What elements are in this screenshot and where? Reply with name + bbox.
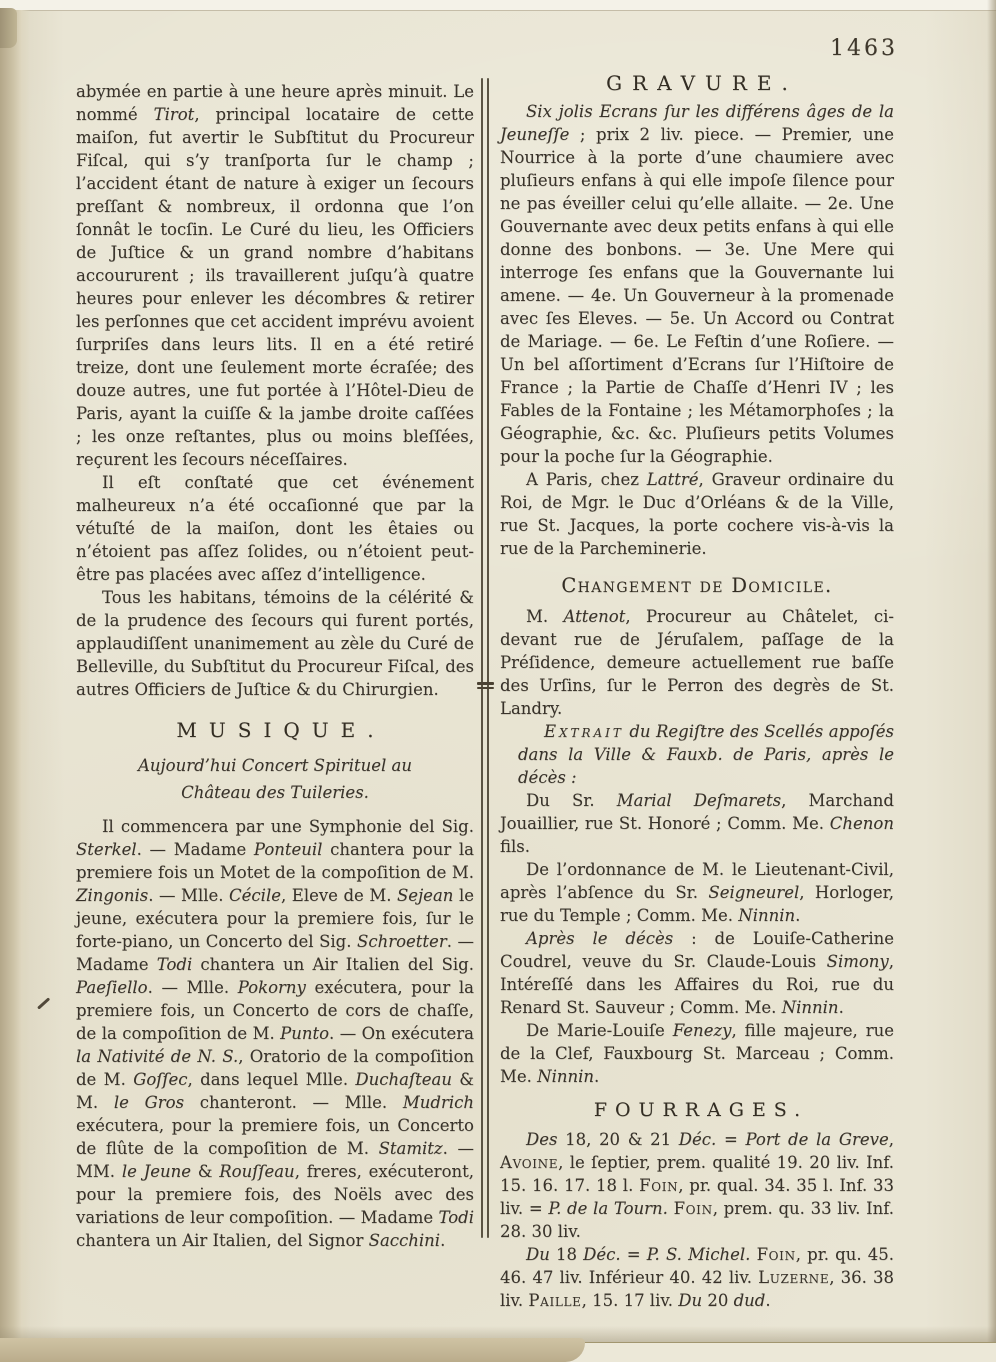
extrait-item: De Marie-Louiſe Fenezy, fille majeure, r…: [500, 1019, 894, 1088]
page-right-edge: [987, 0, 996, 1362]
extrait-section: Extrait du Regiſtre des Scellés appoſés …: [500, 720, 894, 1088]
musique-subtitle: Aujourd’hui Concert Spirituel au Château…: [76, 752, 474, 806]
musique-heading: MUSIQUE.: [76, 719, 474, 742]
left-binding-edge: [0, 10, 30, 1340]
extrait-intro: Extrait du Regiſtre des Scellés appoſés …: [500, 720, 894, 789]
gravure-section: GRAVURE. Six jolis Ecrans ſur les différ…: [500, 72, 894, 560]
gravure-paragraph: Six jolis Ecrans ſur les différens âges …: [500, 100, 894, 468]
margin-ink-mark: [37, 997, 50, 1009]
concert-program-paragraph: Il commencera par une Symphonie del Sig.…: [76, 815, 474, 1252]
domicile-section: Changement de Domicile. M. Attenot, Proc…: [500, 574, 894, 720]
binding-tab: [0, 8, 17, 48]
left-column: abymée en partie à une heure après minui…: [76, 80, 474, 1252]
extrait-item: De l’ordonnance de M. le Lieutenant-Civi…: [500, 858, 894, 927]
page-bottom-curl: [0, 1338, 585, 1362]
accident-paragraph: abymée en partie à une heure après minui…: [76, 80, 474, 471]
domicile-heading: Changement de Domicile.: [500, 574, 894, 597]
right-column: GRAVURE. Six jolis Ecrans ſur les différ…: [500, 72, 894, 1312]
fourrages-paragraph: Du 18 Déc. = P. S. Michel. Foin, pr. qu.…: [500, 1243, 894, 1312]
gravure-heading: GRAVURE.: [500, 72, 894, 95]
musique-section: MUSIQUE. Aujourd’hui Concert Spirituel a…: [76, 719, 474, 1252]
extrait-item: Du Sr. Marial Deſmarets, Marchand Jouail…: [500, 789, 894, 858]
extrait-item: Après le décès : de Louiſe-Catherine Cou…: [500, 927, 894, 1019]
page-top-edge: [0, 0, 996, 11]
fourrages-section: FOURRAGES. Des 18, 20 & 21 Déc. = Port d…: [500, 1099, 894, 1312]
page-number: 1463: [830, 36, 898, 61]
scanned-newspaper-page: 1463 abymée en partie à une heure après …: [0, 0, 996, 1362]
column-divider-rule: [481, 78, 490, 1238]
accident-report-section: abymée en partie à une heure après minui…: [76, 80, 474, 701]
fourrages-paragraph: Des 18, 20 & 21 Déc. = Port de la Greve,…: [500, 1128, 894, 1243]
gravure-address-paragraph: A Paris, chez Lattré, Graveur ordinaire …: [500, 468, 894, 560]
accident-paragraph: Tous les habitans, témoins de la célérit…: [76, 586, 474, 701]
fourrages-heading: FOURRAGES.: [500, 1099, 894, 1122]
domicile-paragraph: M. Attenot, Procureur au Châtelet, ci-de…: [500, 605, 894, 720]
accident-paragraph: Il eſt conſtaté que cet événement malheu…: [76, 471, 474, 586]
divider-ink-ticks: [477, 680, 494, 694]
